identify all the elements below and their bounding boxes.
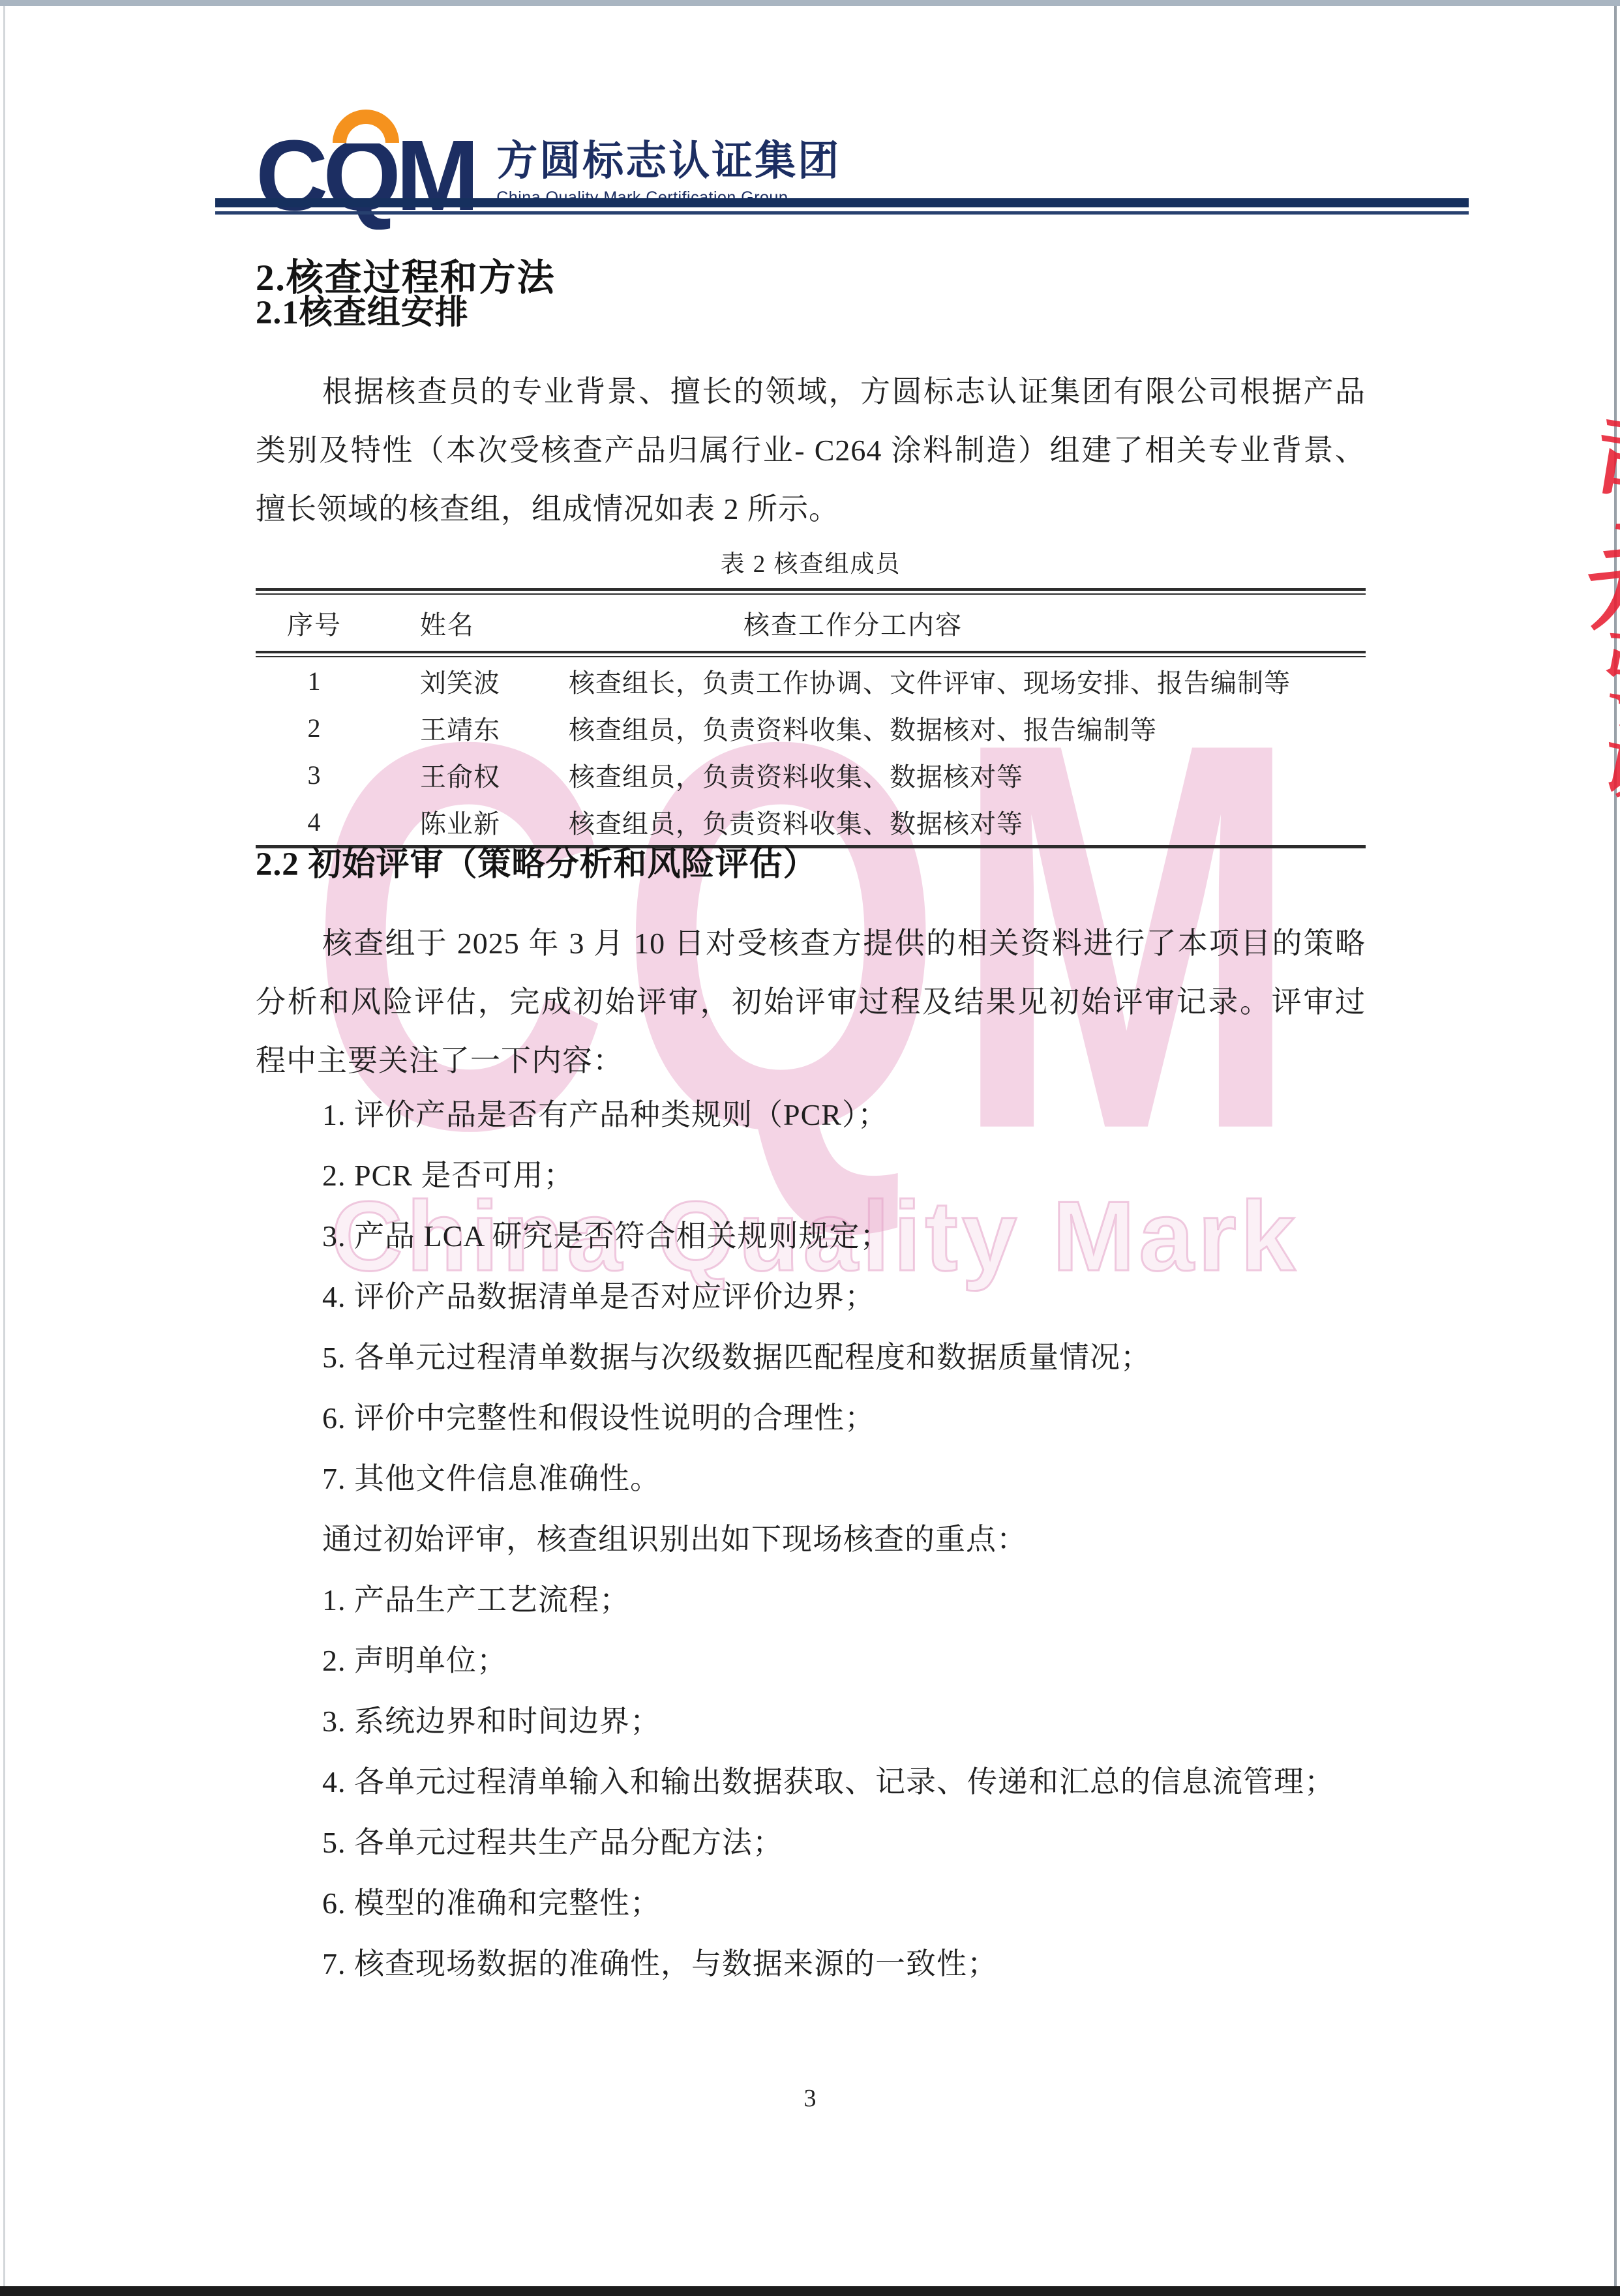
section-heading-2-1: 2.1核查组安排 (256, 297, 1366, 330)
list-item: 2. 声明单位； (256, 1641, 1366, 1680)
red-stamp-fragment: 司 (1585, 413, 1620, 522)
table-row: 4 陈业新 核查组员，负责资料收集、数据核对等 (256, 798, 1366, 845)
table-header-name: 姓名 (373, 595, 569, 651)
paragraph-line: 类别及特性（本次受核查产品归属行业- C264 涂料制造）组建了相关专业背景、 (256, 421, 1366, 480)
table-row: 1 刘笑波 核查组长，负责工作协调、文件评审、现场安排、报告编制等 (256, 657, 1366, 704)
paragraph-2-1: 根据核查员的专业背景、擅长的领域，方圆标志认证集团有限公司根据产品 类别及特性（… (256, 363, 1366, 539)
red-stamp-fragment: 认 (1596, 722, 1620, 813)
initial-review-focus-list: 1. 评价产品是否有产品种类规则（PCR）； 2. PCR 是否可用； 3. 产… (256, 1096, 1366, 1498)
list-item: 7. 核查现场数据的准确性，与数据来源的一致性； (256, 1945, 1366, 1984)
cell-duty: 核查组员，负责资料收集、数据核对等 (569, 798, 1366, 845)
paragraph-line: 根据核查员的专业背景、擅长的领域，方圆标志认证集团有限公司根据产品 (256, 363, 1366, 421)
scan-edge-left (3, 6, 5, 2286)
list-item: 1. 产品生产工艺流程； (256, 1581, 1366, 1620)
list-item: 4. 各单元过程清单输入和输出数据获取、记录、传递和汇总的信息流管理； (256, 1763, 1366, 1802)
cell-no: 2 (256, 704, 373, 751)
paragraph-line: 擅长领域的核查组，组成情况如表 2 所示。 (256, 480, 1366, 539)
list-item: 6. 评价中完整性和假设性说明的合理性； (256, 1399, 1366, 1438)
table-rule (256, 588, 1366, 595)
cell-no: 3 (256, 751, 373, 798)
scan-edge-bottom (0, 2286, 1620, 2296)
page-number: 3 (0, 2084, 1620, 2113)
cell-name: 刘笑波 (373, 657, 569, 704)
table-header-row: 序号 姓名 核查工作分工内容 (256, 595, 1366, 651)
document-body: 2.核查过程和方法 2.1核查组安排 根据核查员的专业背景、擅长的领域，方圆标志… (256, 0, 1366, 1984)
table-header-no: 序号 (256, 595, 373, 651)
paragraph-line: 分析和风险评估，完成初始评审，初始评审过程及结果见初始评审记录。评审过 (256, 973, 1366, 1032)
list-item: 3. 系统边界和时间边界； (256, 1702, 1366, 1741)
list-item: 6. 模型的准确和完整性； (256, 1884, 1366, 1923)
cell-duty: 核查组员，负责资料收集、数据核对、报告编制等 (569, 704, 1366, 751)
cell-name: 王靖东 (373, 704, 569, 751)
cell-no: 4 (256, 798, 373, 845)
team-table: 序号 姓名 核查工作分工内容 1 刘笑波 核查组长，负责工作协调、文件评审、现场… (256, 588, 1366, 848)
list-item: 5. 各单元过程清单数据与次级数据匹配程度和数据质量情况； (256, 1338, 1366, 1377)
section-heading-2: 2.核查过程和方法 (256, 260, 1366, 297)
cell-name: 陈业新 (373, 798, 569, 845)
cell-name: 王俞权 (373, 751, 569, 798)
list-item: 5. 各单元过程共生产品分配方法； (256, 1823, 1366, 1862)
onsite-check-list: 1. 产品生产工艺流程； 2. 声明单位； 3. 系统边界和时间边界； 4. 各… (256, 1581, 1366, 1984)
table-row: 2 王靖东 核查组员，负责资料收集、数据核对、报告编制等 (256, 704, 1366, 751)
document-page: CQM China Quality Mark 司 永 弘 认 CQM 方圆标志认… (0, 0, 1620, 2296)
list-item: 3. 产品 LCA 研究是否符合相关规则规定； (256, 1217, 1366, 1256)
list-item: 7. 其他文件信息准确性。 (256, 1459, 1366, 1498)
cell-no: 1 (256, 657, 373, 704)
cell-duty: 核查组长，负责工作协调、文件评审、现场安排、报告编制等 (569, 657, 1366, 704)
table-rule (256, 651, 1366, 657)
paragraph-2-2: 核查组于 2025 年 3 月 10 日对受核查方提供的相关资料进行了本项目的策… (256, 914, 1366, 1090)
paragraph-line: 程中主要关注了一下内容： (256, 1032, 1366, 1090)
paragraph-line: 核查组于 2025 年 3 月 10 日对受核查方提供的相关资料进行了本项目的策… (256, 914, 1366, 973)
paragraph-onsite-focus: 通过初始评审，核查组识别出如下现场核查的重点： (256, 1520, 1366, 1559)
cell-duty: 核查组员，负责资料收集、数据核对等 (569, 751, 1366, 798)
table-caption: 表 2 核查组成员 (256, 548, 1366, 582)
scan-edge-right (1614, 6, 1617, 2286)
list-item: 1. 评价产品是否有产品种类规则（PCR）； (256, 1096, 1366, 1135)
list-item: 4. 评价产品数据清单是否对应评价边界； (256, 1277, 1366, 1317)
list-item: 2. PCR 是否可用； (256, 1156, 1366, 1195)
table-row: 3 王俞权 核查组员，负责资料收集、数据核对等 (256, 751, 1366, 798)
section-heading-2-2: 2.2 初始评审（策略分析和风险评估） (256, 848, 1366, 882)
table-header-duty: 核查工作分工内容 (569, 595, 1366, 651)
